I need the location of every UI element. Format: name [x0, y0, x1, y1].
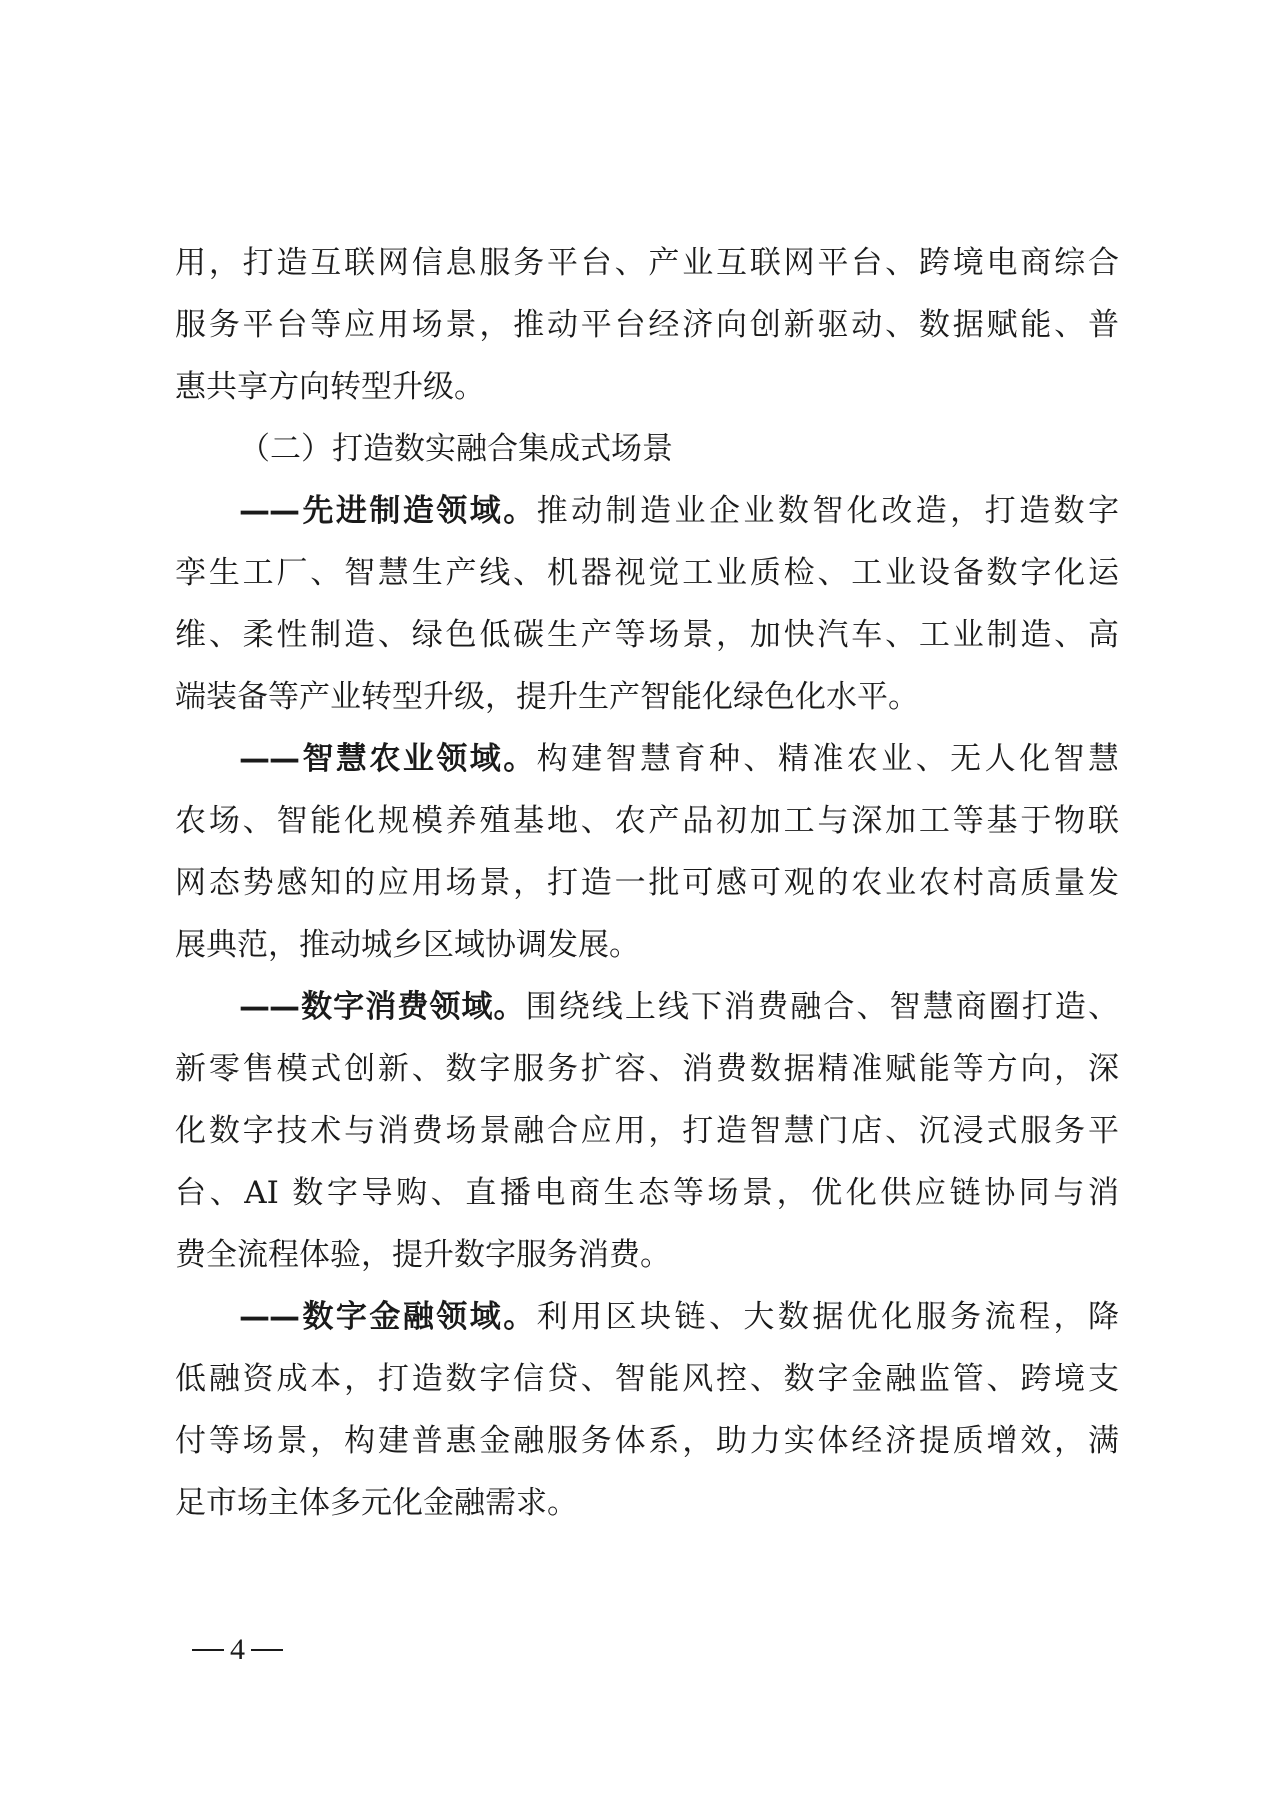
text-line: 新零售模式创新、数字服务扩容、消费数据精准赋能等方向，深 [175, 1038, 1119, 1100]
text-line: 端装备等产业转型升级，提升生产智能化绿色化水平。 [175, 666, 1119, 728]
text-line: 孪生工厂、智慧生产线、机器视觉工业质检、工业设备数字化运 [175, 542, 1119, 604]
text-line: 化数字技术与消费场景融合应用，打造智慧门店、沉浸式服务平 [175, 1100, 1119, 1162]
dash-right-icon [251, 1649, 283, 1651]
page-number: 4 [230, 1633, 245, 1667]
text-line: 惠共享方向转型升级。 [175, 356, 1119, 418]
text-line: 网态势感知的应用场景，打造一批可感可观的农业农村高质量发 [175, 852, 1119, 914]
text-line: 台、AI 数字导购、直播电商生态等场景，优化供应链协同与消 [175, 1162, 1119, 1224]
paragraph-first-line: ——数字消费领域。围绕线上线下消费融合、智慧商圈打造、 [175, 976, 1119, 1038]
dash-left-icon [192, 1649, 224, 1651]
text-line: 维、柔性制造、绿色低碳生产等场景，加快汽车、工业制造、高 [175, 604, 1119, 666]
text-line: 用，打造互联网信息服务平台、产业互联网平台、跨境电商综合 [175, 232, 1119, 294]
paragraph-text: 利用区块链、大数据优化服务流程，降 [537, 1299, 1119, 1335]
text-line: 农场、智能化规模养殖基地、农产品初加工与深加工等基于物联 [175, 790, 1119, 852]
text-line: 足市场主体多元化金融需求。 [175, 1472, 1119, 1534]
section-heading: （二）打造数实融合集成式场景 [175, 418, 1119, 480]
paragraph-digital-consumption: ——数字消费领域。围绕线上线下消费融合、智慧商圈打造、 新零售模式创新、数字服务… [175, 976, 1119, 1286]
paragraph-text: 构建智慧育种、精准农业、无人化智慧 [537, 741, 1119, 777]
page-footer: 4 [192, 1630, 283, 1670]
paragraph-lead: ——数字消费领域。 [239, 989, 526, 1025]
paragraph-first-line: ——先进制造领域。推动制造业企业数智化改造，打造数字 [175, 480, 1119, 542]
text-line: 展典范，推动城乡区域协调发展。 [175, 914, 1119, 976]
text-line: 付等场景，构建普惠金融服务体系，助力实体经济提质增效，满 [175, 1410, 1119, 1472]
paragraph-lead: ——数字金融领域。 [239, 1299, 537, 1335]
paragraph-text: 围绕线上线下消费融合、智慧商圈打造、 [526, 989, 1119, 1025]
document-page: 用，打造互联网信息服务平台、产业互联网平台、跨境电商综合 服务平台等应用场景，推… [0, 0, 1280, 1810]
paragraph-platform-continuation: 用，打造互联网信息服务平台、产业互联网平台、跨境电商综合 服务平台等应用场景，推… [175, 232, 1119, 418]
text-line: 服务平台等应用场景，推动平台经济向创新驱动、数据赋能、普 [175, 294, 1119, 356]
paragraph-text: 推动制造业企业数智化改造，打造数字 [537, 493, 1119, 529]
paragraph-digital-finance: ——数字金融领域。利用区块链、大数据优化服务流程，降 低融资成本，打造数字信贷、… [175, 1286, 1119, 1534]
paragraph-lead: ——先进制造领域。 [239, 493, 537, 529]
paragraph-smart-agriculture: ——智慧农业领域。构建智慧育种、精准农业、无人化智慧 农场、智能化规模养殖基地、… [175, 728, 1119, 976]
text-line: 费全流程体验，提升数字服务消费。 [175, 1224, 1119, 1286]
paragraph-first-line: ——数字金融领域。利用区块链、大数据优化服务流程，降 [175, 1286, 1119, 1348]
document-body: 用，打造互联网信息服务平台、产业互联网平台、跨境电商综合 服务平台等应用场景，推… [175, 232, 1119, 1534]
paragraph-advanced-manufacturing: ——先进制造领域。推动制造业企业数智化改造，打造数字 孪生工厂、智慧生产线、机器… [175, 480, 1119, 728]
paragraph-lead: ——智慧农业领域。 [239, 741, 537, 777]
text-line: 低融资成本，打造数字信贷、智能风控、数字金融监管、跨境支 [175, 1348, 1119, 1410]
paragraph-first-line: ——智慧农业领域。构建智慧育种、精准农业、无人化智慧 [175, 728, 1119, 790]
